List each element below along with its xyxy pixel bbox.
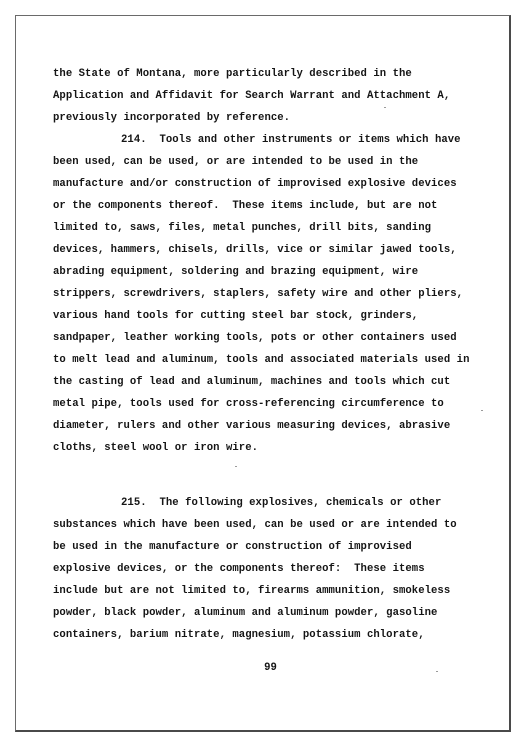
text-line: or the components thereof. These items i… xyxy=(53,195,523,217)
text-line: sandpaper, leather working tools, pots o… xyxy=(53,327,523,349)
text-line: abrading equipment, soldering and brazin… xyxy=(53,261,523,283)
scan-speck xyxy=(235,466,237,467)
text-line: strippers, screwdrivers, staplers, safet… xyxy=(53,283,523,305)
text-line: include but are not limited to, firearms… xyxy=(53,580,523,602)
page-number: 99 xyxy=(0,662,529,674)
text-line: metal pipe, tools used for cross-referen… xyxy=(53,393,523,415)
text-line: limited to, saws, files, metal punches, … xyxy=(53,217,523,239)
paragraph-gap xyxy=(53,459,523,481)
text-line: containers, barium nitrate, magnesium, p… xyxy=(53,624,523,646)
text-line: devices, hammers, chisels, drills, vice … xyxy=(53,239,523,261)
paragraph-214: 214. Tools and other instruments or item… xyxy=(53,129,523,459)
paragraph-215: 215. The following explosives, chemicals… xyxy=(53,492,523,646)
text-line: the State of Montana, more particularly … xyxy=(53,63,523,85)
text-line: Application and Affidavit for Search War… xyxy=(53,85,523,107)
text-line: to melt lead and aluminum, tools and ass… xyxy=(53,349,523,371)
text-line: powder, black powder, aluminum and alumi… xyxy=(53,602,523,624)
text-line: substances which have been used, can be … xyxy=(53,514,523,536)
scan-speck xyxy=(384,107,386,108)
text-line: diameter, rulers and other various measu… xyxy=(53,415,523,437)
text-line: manufacture and/or construction of impro… xyxy=(53,173,523,195)
scan-speck xyxy=(481,410,483,411)
text-line: been used, can be used, or are intended … xyxy=(53,151,523,173)
text-line: cloths, steel wool or iron wire. xyxy=(53,437,523,459)
paragraph-214-first-line: 214. Tools and other instruments or item… xyxy=(53,129,523,151)
document-body: the State of Montana, more particularly … xyxy=(53,63,523,646)
paragraph-215-first-line: 215. The following explosives, chemicals… xyxy=(53,492,523,514)
text-line: explosive devices, or the components the… xyxy=(53,558,523,580)
text-line: previously incorporated by reference. xyxy=(53,107,523,129)
scan-speck xyxy=(436,671,438,672)
text-line: be used in the manufacture or constructi… xyxy=(53,536,523,558)
text-line: the casting of lead and aluminum, machin… xyxy=(53,371,523,393)
text-line: various hand tools for cutting steel bar… xyxy=(53,305,523,327)
paragraph-gap xyxy=(53,481,523,492)
